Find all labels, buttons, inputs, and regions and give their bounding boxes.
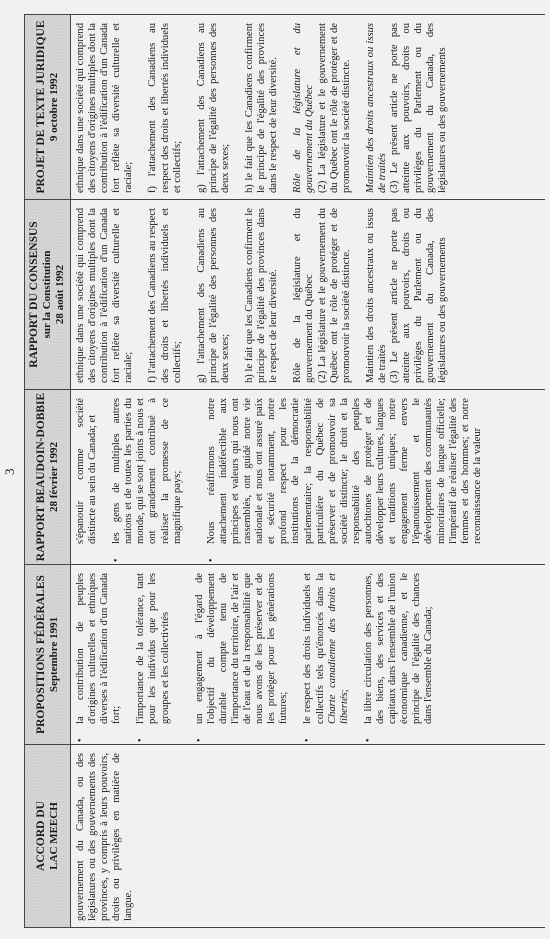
section-text: (2) La législature et le gouvernement du… [317,23,352,193]
paragraph: gouvernement du Canada, ou des législatu… [75,753,135,921]
paragraph: h) le fait que les Canadiens confirment … [244,23,280,193]
list-item: • la libre circulation des personnes, de… [363,573,436,738]
charter-title: Charte canadienne des droits et libertés [327,573,350,724]
list-item: • les gens de multiples autres nations e… [111,398,184,558]
bullet-icon: • [194,738,206,742]
section-role: Rôle de la législature et du gouvernemen… [292,23,352,193]
list-item: • un engagement à l'égard de l'objectif … [194,573,291,738]
header-beaudoin-dobbie: RAPPORT BEAUDOIN-DOBBIE 28 février 1992 [25,390,71,565]
header-title: RAPPORT BEAUDOIN-DOBBIE [35,393,47,561]
list-item-text: un engagement à l'égard de l'objectif du… [194,573,290,724]
header-meech: ACCORD DU LAC MEECH [25,745,71,928]
bullet-icon: • [111,558,123,562]
list-item-text: les gens de multiples autres nations et … [111,398,182,544]
header-subtitle: sur la Constitution [41,202,54,387]
paragraph: h) le fait que les Canadiens confirment … [244,208,280,383]
paragraph: ethnique dans une société qui comprend d… [75,23,135,193]
list-item: • le respect des droits individuels et c… [302,573,350,738]
list-item-text: la libre circulation des personnes, des … [363,573,434,724]
section-heading: Rôle de la législature et du gouvernemen… [292,208,315,383]
cell-beaudoin-dobbie: s'épanouir comme société distincte au se… [71,390,546,565]
paragraph: f) l'attachement des Canadiens au respec… [147,208,183,383]
header-date: 9 octobre 1992 [48,17,61,197]
bullet-icon: • [302,738,314,742]
table-header-row: ACCORD DU LAC MEECH PROPOSITIONS FÉDÉRAL… [25,15,71,928]
paragraph: f) l'attachement des Canadiens au respec… [147,23,183,193]
paragraph: g) l'attachement des Canadiens au princi… [196,23,232,193]
header-title: PROPOSITIONS FÉDÉRALES [35,575,47,734]
list-item: • l'importance de la tolérance, tant pou… [135,573,171,738]
header-rapport-consensus: RAPPORT DU CONSENSUS sur la Constitution… [25,200,71,390]
header-projet-texte-juridique: PROJET DE TEXTE JURIDIQUE 9 octobre 1992 [25,15,71,200]
section-rights: Maintien des droits ancestraux ou issus … [365,23,450,193]
page-number: 3 [2,469,18,476]
section-text: (2) La législature et le gouvernement du… [317,208,352,383]
section-heading: Maintien des droits ancestraux ou issus … [365,23,388,193]
bullet-icon: • [75,738,87,742]
cell-propositions-federales: • la contribution de peuples d'origines … [71,565,546,745]
document-page: 3 ACCORD DU LAC MEECH PROPOSITIONS FÉDÉR… [0,0,550,939]
header-title: PROJET DE TEXTE JURIDIQUE [35,20,47,193]
list-item-text: Nous réaffirmons notre attachement indéf… [206,398,483,544]
paragraph: g) l'attachement des Canadiens au princi… [196,208,232,383]
bullet-icon: • [135,738,147,742]
section-text: (3) Le présent article ne porte pas atte… [389,208,448,383]
cell-meech: gouvernement du Canada, ou des législatu… [71,745,546,928]
list-item: • la contribution de peuples d'origines … [75,573,123,738]
bullet-icon: • [206,558,218,562]
header-subtitle: LAC MEECH [48,747,61,925]
header-date: Septembre 1991 [48,567,61,742]
header-propositions-federales: PROPOSITIONS FÉDÉRALES Septembre 1991 [25,565,71,745]
section-role: Rôle de la législature et du gouvernemen… [292,208,352,383]
section-heading: Maintien des droits ancestraux ou issus … [365,208,388,383]
section-heading: Rôle de la législature et du gouvernemen… [292,23,315,193]
list-item-text: la contribution de peuples d'origines cu… [75,573,122,724]
section-text: (3) Le présent article ne porte pas atte… [389,23,448,193]
cell-rapport-consensus: ethnique dans une société qui comprend d… [71,200,546,390]
paragraph: s'épanouir comme société distincte au se… [75,398,99,558]
header-date: 28 février 1992 [48,392,61,562]
paragraph: ethnique dans une société qui comprend d… [75,208,135,383]
section-rights: Maintien des droits ancestraux ou issus … [365,208,450,383]
header-date: 28 août 1992 [54,202,67,387]
cell-projet-texte-juridique: ethnique dans une société qui comprend d… [71,15,546,200]
header-title: RAPPORT DU CONSENSUS [28,221,40,367]
list-item-text: le respect des droits individuels et col… [302,573,325,724]
list-item: • Nous réaffirmons notre attachement ind… [206,398,484,558]
header-title: ACCORD DU [35,801,47,871]
punctuation: ; [339,689,350,692]
comparison-table: ACCORD DU LAC MEECH PROPOSITIONS FÉDÉRAL… [24,14,545,928]
table-body-row: gouvernement du Canada, ou des législatu… [71,15,546,928]
bullet-icon: • [363,738,375,742]
list-item-text: l'importance de la tolérance, tant pour … [135,573,170,724]
